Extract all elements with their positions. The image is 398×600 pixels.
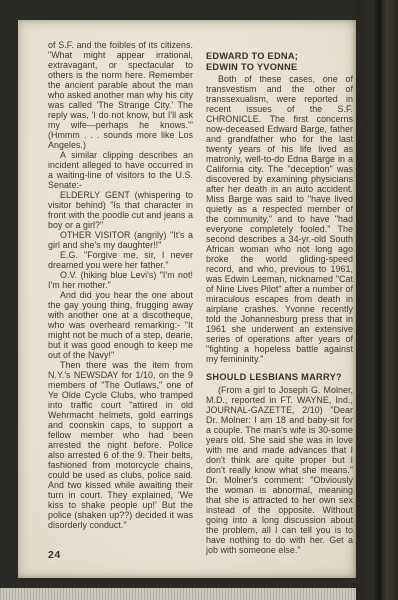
paragraph: And did you hear the one about the gay y… [48, 290, 193, 360]
section-heading-edward-to-edna: EDWARD TO EDNA; EDWIN TO YVONNE [206, 51, 353, 72]
heading-line: EDWIN TO YVONNE [206, 62, 353, 73]
two-column-layout: of S.F. and the foibles of its citizens.… [18, 20, 356, 555]
section-heading-should-lesbians-marry: SHOULD LESBIANS MARRY? [206, 372, 353, 383]
paragraph: Both of these cases, one of transvestism… [206, 74, 353, 364]
paragraph: A similar clipping describes an incident… [48, 150, 193, 190]
book-edge-shadow [356, 0, 398, 600]
paragraph: of S.F. and the foibles of its citizens.… [48, 40, 193, 150]
paragraph: (From a girl to Joseph G. Molner, M.D., … [206, 385, 353, 555]
paragraph: ELDERLY GENT (whispering to visitor behi… [48, 190, 193, 230]
paragraph: Then there was the item from N.Y.'s NEWS… [48, 360, 193, 530]
scan-edge-strip [0, 588, 374, 600]
right-column: EDWARD TO EDNA; EDWIN TO YVONNE Both of … [206, 40, 353, 555]
magazine-page: of S.F. and the foibles of its citizens.… [18, 20, 356, 578]
heading-line: EDWARD TO EDNA; [206, 51, 353, 62]
paragraph: OTHER VISITOR (angrily) "It's a girl and… [48, 230, 193, 250]
paragraph: E.G. "Forgive me, sir, I never dreamed y… [48, 250, 193, 270]
scanned-page-photo: of S.F. and the foibles of its citizens.… [0, 0, 398, 600]
left-column: of S.F. and the foibles of its citizens.… [48, 40, 193, 555]
paragraph: O.V. (hiking blue Levi's) "I'm not! I'm … [48, 270, 193, 290]
page-number: 24 [48, 549, 61, 561]
